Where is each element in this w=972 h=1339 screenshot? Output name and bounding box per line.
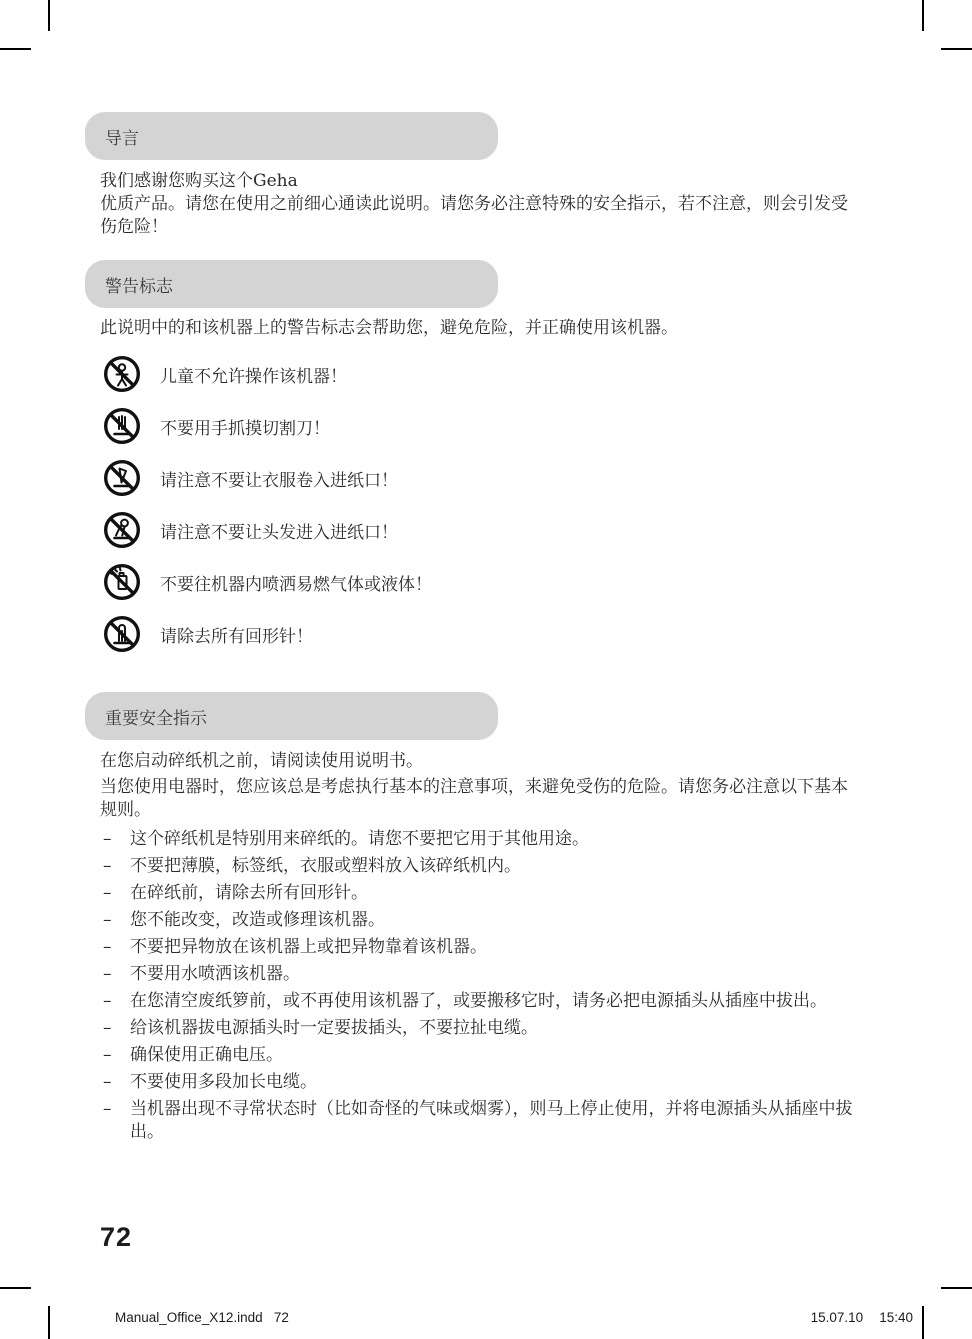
warning-row: 不要往机器内喷洒易燃气体或液体！ xyxy=(100,562,855,602)
footer-date: 15.07.10 xyxy=(811,1310,864,1325)
footer-filename: Manual_Office_X12.indd 72 xyxy=(115,1310,289,1325)
warning-row: 请注意不要让衣服卷入进纸口！ xyxy=(100,458,855,498)
safety-rule: –在碎纸前，请除去所有回形针。 xyxy=(100,882,855,905)
section-header-intro: 导言 xyxy=(85,112,498,160)
intro-line1: 我们感谢您购买这个Geha xyxy=(100,171,298,191)
dash-bullet: – xyxy=(103,828,112,851)
crop-mark-top-left-horizontal xyxy=(0,48,31,50)
safety-rule: –不要把薄膜，标签纸，衣服或塑料放入该碎纸机内。 xyxy=(100,855,855,878)
warning-text: 儿童不允许操作该机器！ xyxy=(160,362,347,387)
safety-rule: –您不能改变，改造或修理该机器。 xyxy=(100,909,855,932)
dash-bullet: – xyxy=(103,963,112,986)
crop-mark-top-right-vertical xyxy=(922,0,924,31)
warning-text: 不要往机器内喷洒易燃气体或液体！ xyxy=(160,570,432,595)
section-header-safety: 重要安全指示 xyxy=(85,692,498,740)
page-content: 导言 我们感谢您购买这个Geha优质产品。请您在使用之前细心通读此说明。请您务必… xyxy=(100,112,855,1148)
footer-datetime: 15.07.10 15:40 xyxy=(811,1310,913,1325)
warning-row: 请除去所有回形针！ xyxy=(100,614,855,654)
safety-intro-2: 当您使用电器时，您应该总是考虑执行基本的注意事项，来避免受伤的危险。请您务必注意… xyxy=(100,776,855,822)
crop-mark-top-right-horizontal xyxy=(941,48,972,50)
section-title-warning-signs: 警告标志 xyxy=(105,272,173,297)
dash-bullet: – xyxy=(103,909,112,932)
warning-sign-list: 儿童不允许操作该机器！ 不要用手抓摸切割刀！ xyxy=(100,354,855,654)
section-header-warning-signs: 警告标志 xyxy=(85,260,498,308)
warning-text: 请除去所有回形针！ xyxy=(160,622,313,647)
safety-rule: –在您清空废纸箩前，或不再使用该机器了，或要搬移它时，请务必把电源插头从插座中拔… xyxy=(100,990,855,1013)
no-clothing-icon xyxy=(102,458,142,498)
safety-rule: –不要用水喷洒该机器。 xyxy=(100,963,855,986)
no-hands-in-cutter-icon xyxy=(102,406,142,446)
dash-bullet: – xyxy=(103,1017,112,1040)
warning-row: 不要用手抓摸切割刀！ xyxy=(100,406,855,446)
crop-mark-bottom-right-horizontal xyxy=(941,1287,972,1289)
crop-mark-bottom-right-vertical xyxy=(922,1306,924,1339)
warning-row: 请注意不要让头发进入进纸口！ xyxy=(100,510,855,550)
safety-rule: –给该机器拔电源插头时一定要拔插头，不要拉扯电缆。 xyxy=(100,1017,855,1040)
dash-bullet: – xyxy=(103,855,112,878)
no-paperclips-icon xyxy=(102,614,142,654)
crop-mark-top-left-vertical xyxy=(48,0,50,31)
dash-bullet: – xyxy=(103,936,112,959)
intro-line2: 优质产品。请您在使用之前细心通读此说明。请您务必注意特殊的安全指示，若不注意，则… xyxy=(100,194,848,237)
dash-bullet: – xyxy=(103,1044,112,1067)
page-number: 72 xyxy=(100,1222,132,1253)
no-spray-icon xyxy=(102,562,142,602)
warning-signs-intro: 此说明中的和该机器上的警告标志会帮助您，避免危险，并正确使用该机器。 xyxy=(100,317,855,340)
dash-bullet: – xyxy=(103,1071,112,1094)
dash-bullet: – xyxy=(103,882,112,905)
warning-text: 请注意不要让衣服卷入进纸口！ xyxy=(160,466,398,491)
section-title-safety: 重要安全指示 xyxy=(105,704,207,729)
no-hair-icon xyxy=(102,510,142,550)
no-children-icon xyxy=(102,354,142,394)
safety-rule: –不要使用多段加长电缆。 xyxy=(100,1071,855,1094)
safety-rule: –确保使用正确电压。 xyxy=(100,1044,855,1067)
safety-rule: –不要把异物放在该机器上或把异物靠着该机器。 xyxy=(100,936,855,959)
safety-intro-1: 在您启动碎纸机之前，请阅读使用说明书。 xyxy=(100,750,855,773)
safety-rule: –当机器出现不寻常状态时（比如奇怪的气味或烟雾），则马上停止使用，并将电源插头从… xyxy=(100,1098,855,1144)
warning-text: 请注意不要让头发进入进纸口！ xyxy=(160,518,398,543)
crop-mark-bottom-left-vertical xyxy=(48,1306,50,1339)
dash-bullet: – xyxy=(103,1098,112,1121)
section-title-intro: 导言 xyxy=(105,124,139,149)
warning-text: 不要用手抓摸切割刀！ xyxy=(160,414,330,439)
intro-paragraph: 我们感谢您购买这个Geha优质产品。请您在使用之前细心通读此说明。请您务必注意特… xyxy=(100,170,855,239)
safety-rule: –这个碎纸机是特别用来碎纸的。请您不要把它用于其他用途。 xyxy=(100,828,855,851)
dash-bullet: – xyxy=(103,990,112,1013)
crop-mark-bottom-left-horizontal xyxy=(0,1287,31,1289)
footer-time: 15:40 xyxy=(879,1310,913,1325)
safety-rule-list: –这个碎纸机是特别用来碎纸的。请您不要把它用于其他用途。 –不要把薄膜，标签纸，… xyxy=(100,828,855,1144)
warning-row: 儿童不允许操作该机器！ xyxy=(100,354,855,394)
